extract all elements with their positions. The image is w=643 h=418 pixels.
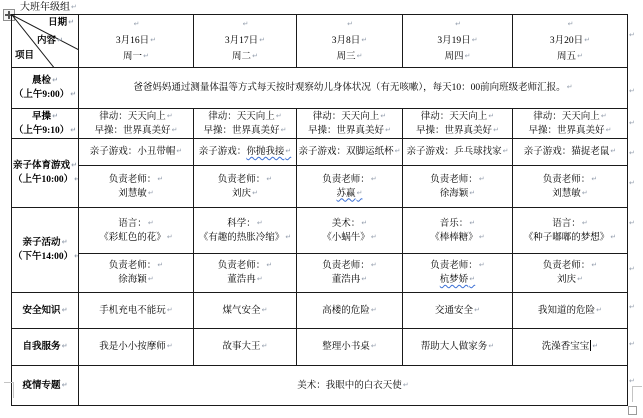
- safety-cell[interactable]: 我知道的危险: [513, 293, 628, 329]
- subject-cell[interactable]: 语言： 《种子嘟嘟的梦想》: [513, 208, 628, 254]
- game-name-text: 小丑带帽: [137, 147, 182, 157]
- row-label-text: 晨检: [32, 76, 58, 86]
- self-service-cell[interactable]: 洗澡香宝宝: [513, 329, 628, 366]
- game-prefix-text: 亲子游戏：: [299, 147, 347, 157]
- teacher-cell[interactable]: 负责老师： 杭梦娇: [403, 254, 513, 293]
- teacher-cell[interactable]: 负责老师： 刘慧敏: [79, 166, 194, 208]
- teacher-cell[interactable]: 负责老师： 徐海颖: [79, 254, 194, 293]
- weekday-text: 周三: [337, 52, 363, 62]
- exercise-text: 早操：世界真美好: [308, 126, 391, 136]
- corner-item-label: 项目: [15, 50, 34, 63]
- teacher-label-text: 负责老师：: [543, 175, 597, 185]
- subject-cell[interactable]: 音乐： 《棒棒糖》: [403, 208, 513, 254]
- row-label-text: 早操: [32, 112, 58, 122]
- date-cell-tuesday[interactable]: 3月17日 周二: [194, 15, 297, 68]
- row-end-mark-icon: [629, 258, 641, 268]
- row-label-text: 疫情专题: [23, 381, 68, 391]
- safety-text: 交通安全: [435, 306, 480, 316]
- rhythm-text: 律动：天天向上: [421, 112, 494, 122]
- subject-type-text: 语言：: [118, 219, 153, 229]
- teacher-cell[interactable]: 负责老师： 董浩冉: [194, 254, 297, 293]
- row-end-mark-icon: [629, 370, 641, 380]
- self-service-row: 自我服务 我是小小按摩师 故事大王 整理小书桌 帮助大人做家务 洗澡香宝宝: [12, 329, 628, 366]
- row-label-safety[interactable]: 安全知识: [12, 293, 79, 329]
- date-cell-thursday[interactable]: 3月19日 周四: [403, 15, 513, 68]
- exercise-text: 早操：世界真美好: [416, 126, 499, 136]
- teacher-name-text: 杭梦娇: [440, 275, 475, 285]
- exercise-text: 早操：世界真美好: [204, 126, 287, 136]
- weekday-text: 周一: [123, 52, 149, 62]
- schedule-table: 日期 内容 项目 3月16日 周一 3月17日 周二 3月8日 周三 3月19日…: [11, 14, 628, 406]
- row-time-text: （下午14:00）: [13, 252, 79, 262]
- row-label-activity[interactable]: 亲子活动 （下午14:00）: [12, 208, 79, 293]
- teacher-name-text: 刘庆: [557, 275, 583, 285]
- game-prefix-text: 亲子游戏：: [90, 147, 138, 157]
- self-service-text: 故事大王: [223, 342, 268, 352]
- paragraph-mark-icon: [133, 20, 140, 30]
- teacher-name-text: 董浩冉: [332, 275, 367, 285]
- row-end-mark-icon: [629, 112, 641, 122]
- activity-teacher-row: 负责老师： 徐海颖 负责老师： 董浩冉 负责老师： 董浩冉 负责老师： 杭梦娇 …: [12, 254, 628, 293]
- self-service-cell[interactable]: 整理小书桌: [297, 329, 403, 366]
- row-label-sports-game[interactable]: 亲子体育游戏 （上午10:00）: [12, 139, 79, 208]
- teacher-name-text: 苏赢: [337, 189, 363, 199]
- text-boundary-mark-right: [632, 386, 642, 402]
- weekday-text: 周四: [445, 52, 471, 62]
- row-end-mark-icon: [629, 212, 641, 222]
- game-name-text: 乒乓球找家: [454, 147, 508, 157]
- pandemic-text: 美术：我眼中的白衣天使: [297, 381, 408, 391]
- row-end-mark-icon: [629, 142, 641, 152]
- document-title-text: 大班年级组: [20, 2, 77, 13]
- game-prefix-text: 亲子游戏：: [407, 147, 455, 157]
- safety-text: 手机充电不能玩: [99, 306, 172, 316]
- game-cell[interactable]: 亲子游戏：双脚运纸杯: [297, 139, 403, 166]
- self-service-text: 帮助大人做家务: [421, 342, 494, 352]
- weekday-text: 周五: [557, 52, 583, 62]
- row-label-text: 自我服务: [23, 342, 68, 352]
- subject-title-text: 《棒棒糖》: [430, 233, 484, 243]
- self-service-text: 我是小小按摩师: [99, 342, 172, 352]
- morning-check-text: 爸爸妈妈通过测量体温等方式每天按时观察幼儿身体状况（有无咳嗽），每天10：00前…: [133, 83, 572, 93]
- row-label-text: 安全知识: [23, 306, 68, 316]
- teacher-cell[interactable]: 负责老师： 徐海颖: [403, 166, 513, 208]
- rhythm-text: 律动：天天向上: [313, 112, 386, 122]
- teacher-label-text: 负责老师：: [322, 261, 376, 271]
- teacher-cell[interactable]: 负责老师： 董浩冉: [297, 254, 403, 293]
- paragraph-mark-icon: [242, 20, 249, 30]
- date-cell-wednesday[interactable]: 3月8日 周三: [297, 15, 403, 68]
- subject-type-text: 语言：: [552, 219, 587, 229]
- teacher-label-text: 负责老师：: [109, 175, 163, 185]
- weekday-text: 周二: [232, 52, 258, 62]
- sports-game-name-row: 亲子体育游戏 （上午10:00） 亲子游戏：小丑带帽 亲子游戏：你抛我接 亲子游…: [12, 139, 628, 166]
- date-text: 3月8日: [332, 36, 367, 46]
- teacher-cell[interactable]: 负责老师： 苏赢: [297, 166, 403, 208]
- exercise-text: 早操：世界真美好: [95, 126, 178, 136]
- subject-title-text: 《种子嘟嘟的梦想》: [524, 233, 616, 243]
- date-text: 3月17日: [225, 36, 265, 46]
- subject-title-text: 《彩虹色的花》: [99, 233, 172, 243]
- row-end-mark-icon: [629, 172, 641, 182]
- date-text: 3月16日: [116, 36, 156, 46]
- self-service-cell[interactable]: 故事大王: [194, 329, 297, 366]
- row-end-mark-icon: [629, 296, 641, 306]
- paragraph-mark-icon: [346, 20, 353, 30]
- row-time-text: （上午9:10）: [14, 126, 76, 136]
- teacher-label-text: 负责老师：: [543, 261, 597, 271]
- row-label-self-service[interactable]: 自我服务: [12, 329, 79, 366]
- safety-text: 我知道的危险: [538, 306, 602, 316]
- paragraph-mark-icon: [454, 20, 461, 30]
- row-end-mark-icon: [629, 24, 641, 34]
- safety-text: 高楼的危险: [322, 306, 376, 316]
- subject-type-text: 科学：: [227, 219, 262, 229]
- table-resize-handle[interactable]: [628, 406, 637, 415]
- row-label-morning-exercise[interactable]: 早操 （上午9:10）: [12, 109, 79, 139]
- exercise-cell[interactable]: 律动：天天向上 早操：世界真美好: [297, 109, 403, 139]
- game-prefix-text: 亲子游戏：: [199, 147, 247, 157]
- exercise-cell[interactable]: 律动：天天向上 早操：世界真美好: [403, 109, 513, 139]
- activity-subject-row: 亲子活动 （下午14:00） 语言： 《彩虹色的花》 科学： 《有趣的热胀冷缩》…: [12, 208, 628, 254]
- subject-title-text: 《有趣的热胀冷缩》: [199, 233, 291, 243]
- date-text: 3月19日: [437, 36, 477, 46]
- rhythm-text: 律动：天天向上: [533, 112, 606, 122]
- subject-cell[interactable]: 美术： 《小蜗牛》: [297, 208, 403, 254]
- teacher-cell[interactable]: 负责老师： 刘慧敏: [513, 166, 628, 208]
- teacher-label-text: 负责老师：: [218, 261, 272, 271]
- self-service-cell[interactable]: 帮助大人做家务: [403, 329, 513, 366]
- teacher-label-text: 负责老师：: [218, 175, 272, 185]
- exercise-cell[interactable]: 律动：天天向上 早操：世界真美好: [194, 109, 297, 139]
- date-cell-friday[interactable]: 3月20日 周五: [513, 15, 628, 68]
- row-time-text: （上午9:00）: [14, 90, 76, 100]
- subject-cell[interactable]: 语言： 《彩虹色的花》: [79, 208, 194, 254]
- row-label-pandemic[interactable]: 疫情专题: [12, 366, 79, 406]
- corner-date-label: 日期: [48, 16, 74, 30]
- morning-exercise-row: 早操 （上午9:10） 律动：天天向上 早操：世界真美好 律动：天天向上 早操：…: [12, 109, 628, 139]
- game-name-text: 你抛我接: [246, 147, 291, 157]
- document-title[interactable]: 大班年级组: [20, 1, 77, 14]
- teacher-label-text: 负责老师：: [322, 175, 376, 185]
- row-end-mark-icon: [629, 80, 641, 90]
- game-cell[interactable]: 亲子游戏：猫捉老鼠: [513, 139, 628, 166]
- row-time-text: （上午10:00）: [13, 175, 79, 185]
- pandemic-content-cell[interactable]: 美术：我眼中的白衣天使: [79, 366, 628, 406]
- paragraph-mark-icon: [567, 20, 574, 30]
- teacher-name-text: 刘慧敏: [552, 189, 587, 199]
- teacher-cell[interactable]: 负责老师： 刘庆: [513, 254, 628, 293]
- game-cell[interactable]: 亲子游戏：小丑带帽: [79, 139, 194, 166]
- teacher-label-text: 负责老师：: [109, 261, 163, 271]
- safety-cell[interactable]: 交通安全: [403, 293, 513, 329]
- self-service-text: 洗澡香宝宝: [542, 342, 590, 352]
- word-document-page: { "title": "大班年级组", "corner": { "date_la…: [0, 0, 643, 418]
- subject-title-text: 《小蜗牛》: [322, 233, 376, 243]
- text-boundary-mark-left: [4, 382, 14, 398]
- subject-cell[interactable]: 科学： 《有趣的热胀冷缩》: [194, 208, 297, 254]
- exercise-cell[interactable]: 律动：天天向上 早操：世界真美好: [513, 109, 628, 139]
- safety-cell[interactable]: 高楼的危险: [297, 293, 403, 329]
- subject-type-text: 美术：: [332, 219, 367, 229]
- sports-game-teacher-row: 负责老师： 刘慧敏 负责老师： 刘庆 负责老师： 苏赢 负责老师： 徐海颖 负责…: [12, 166, 628, 208]
- subject-type-text: 音乐：: [440, 219, 475, 229]
- row-end-mark-icon: [629, 333, 641, 343]
- safety-row: 安全知识 手机充电不能玩 煤气安全 高楼的危险 交通安全 我知道的危险: [12, 293, 628, 329]
- morning-check-content-cell[interactable]: 爸爸妈妈通过测量体温等方式每天按时观察幼儿身体状况（有无咳嗽），每天10：00前…: [79, 68, 628, 109]
- self-service-cell[interactable]: 我是小小按摩师: [79, 329, 194, 366]
- row-label-text: 亲子活动: [23, 238, 68, 248]
- teacher-name-text: 徐海颖: [118, 275, 153, 285]
- teacher-name-text: 刘庆: [232, 189, 258, 199]
- safety-cell[interactable]: 煤气安全: [194, 293, 297, 329]
- teacher-label-text: 负责老师：: [430, 175, 484, 185]
- row-label-text: 亲子体育游戏: [13, 161, 77, 171]
- header-row: 日期 内容 项目 3月16日 周一 3月17日 周二 3月8日 周三 3月19日…: [12, 15, 628, 68]
- self-service-text: 整理小书桌: [322, 342, 376, 352]
- rhythm-text: 律动：天天向上: [99, 112, 172, 122]
- pandemic-row: 疫情专题 美术：我眼中的白衣天使: [12, 366, 628, 406]
- morning-check-row: 晨检 （上午9:00） 爸爸妈妈通过测量体温等方式每天按时观察幼儿身体状况（有无…: [12, 68, 628, 109]
- game-name-text: 猫捉老鼠: [571, 147, 616, 157]
- exercise-text: 早操：世界真美好: [529, 126, 612, 136]
- game-prefix-text: 亲子游戏：: [524, 147, 572, 157]
- rhythm-text: 律动：天天向上: [208, 112, 281, 122]
- game-cell[interactable]: 亲子游戏：乒乓球找家: [403, 139, 513, 166]
- game-name-text: 双脚运纸杯: [346, 147, 400, 157]
- teacher-name-text: 董浩冉: [227, 275, 262, 285]
- safety-cell[interactable]: 手机充电不能玩: [79, 293, 194, 329]
- row-label-morning-check[interactable]: 晨检 （上午9:00）: [12, 68, 79, 109]
- exercise-cell[interactable]: 律动：天天向上 早操：世界真美好: [79, 109, 194, 139]
- teacher-name-text: 徐海颖: [440, 189, 475, 199]
- corner-content-label: 内容: [37, 34, 63, 48]
- teacher-label-text: 负责老师：: [430, 261, 484, 271]
- paragraph-mark-icon: [591, 342, 598, 352]
- date-cell-monday[interactable]: 3月16日 周一: [79, 15, 194, 68]
- game-cell[interactable]: 亲子游戏：你抛我接: [194, 139, 297, 166]
- date-text: 3月20日: [550, 36, 590, 46]
- teacher-cell[interactable]: 负责老师： 刘庆: [194, 166, 297, 208]
- safety-text: 煤气安全: [223, 306, 268, 316]
- teacher-name-text: 刘慧敏: [118, 189, 153, 199]
- diagonal-header-cell[interactable]: 日期 内容 项目: [12, 15, 79, 68]
